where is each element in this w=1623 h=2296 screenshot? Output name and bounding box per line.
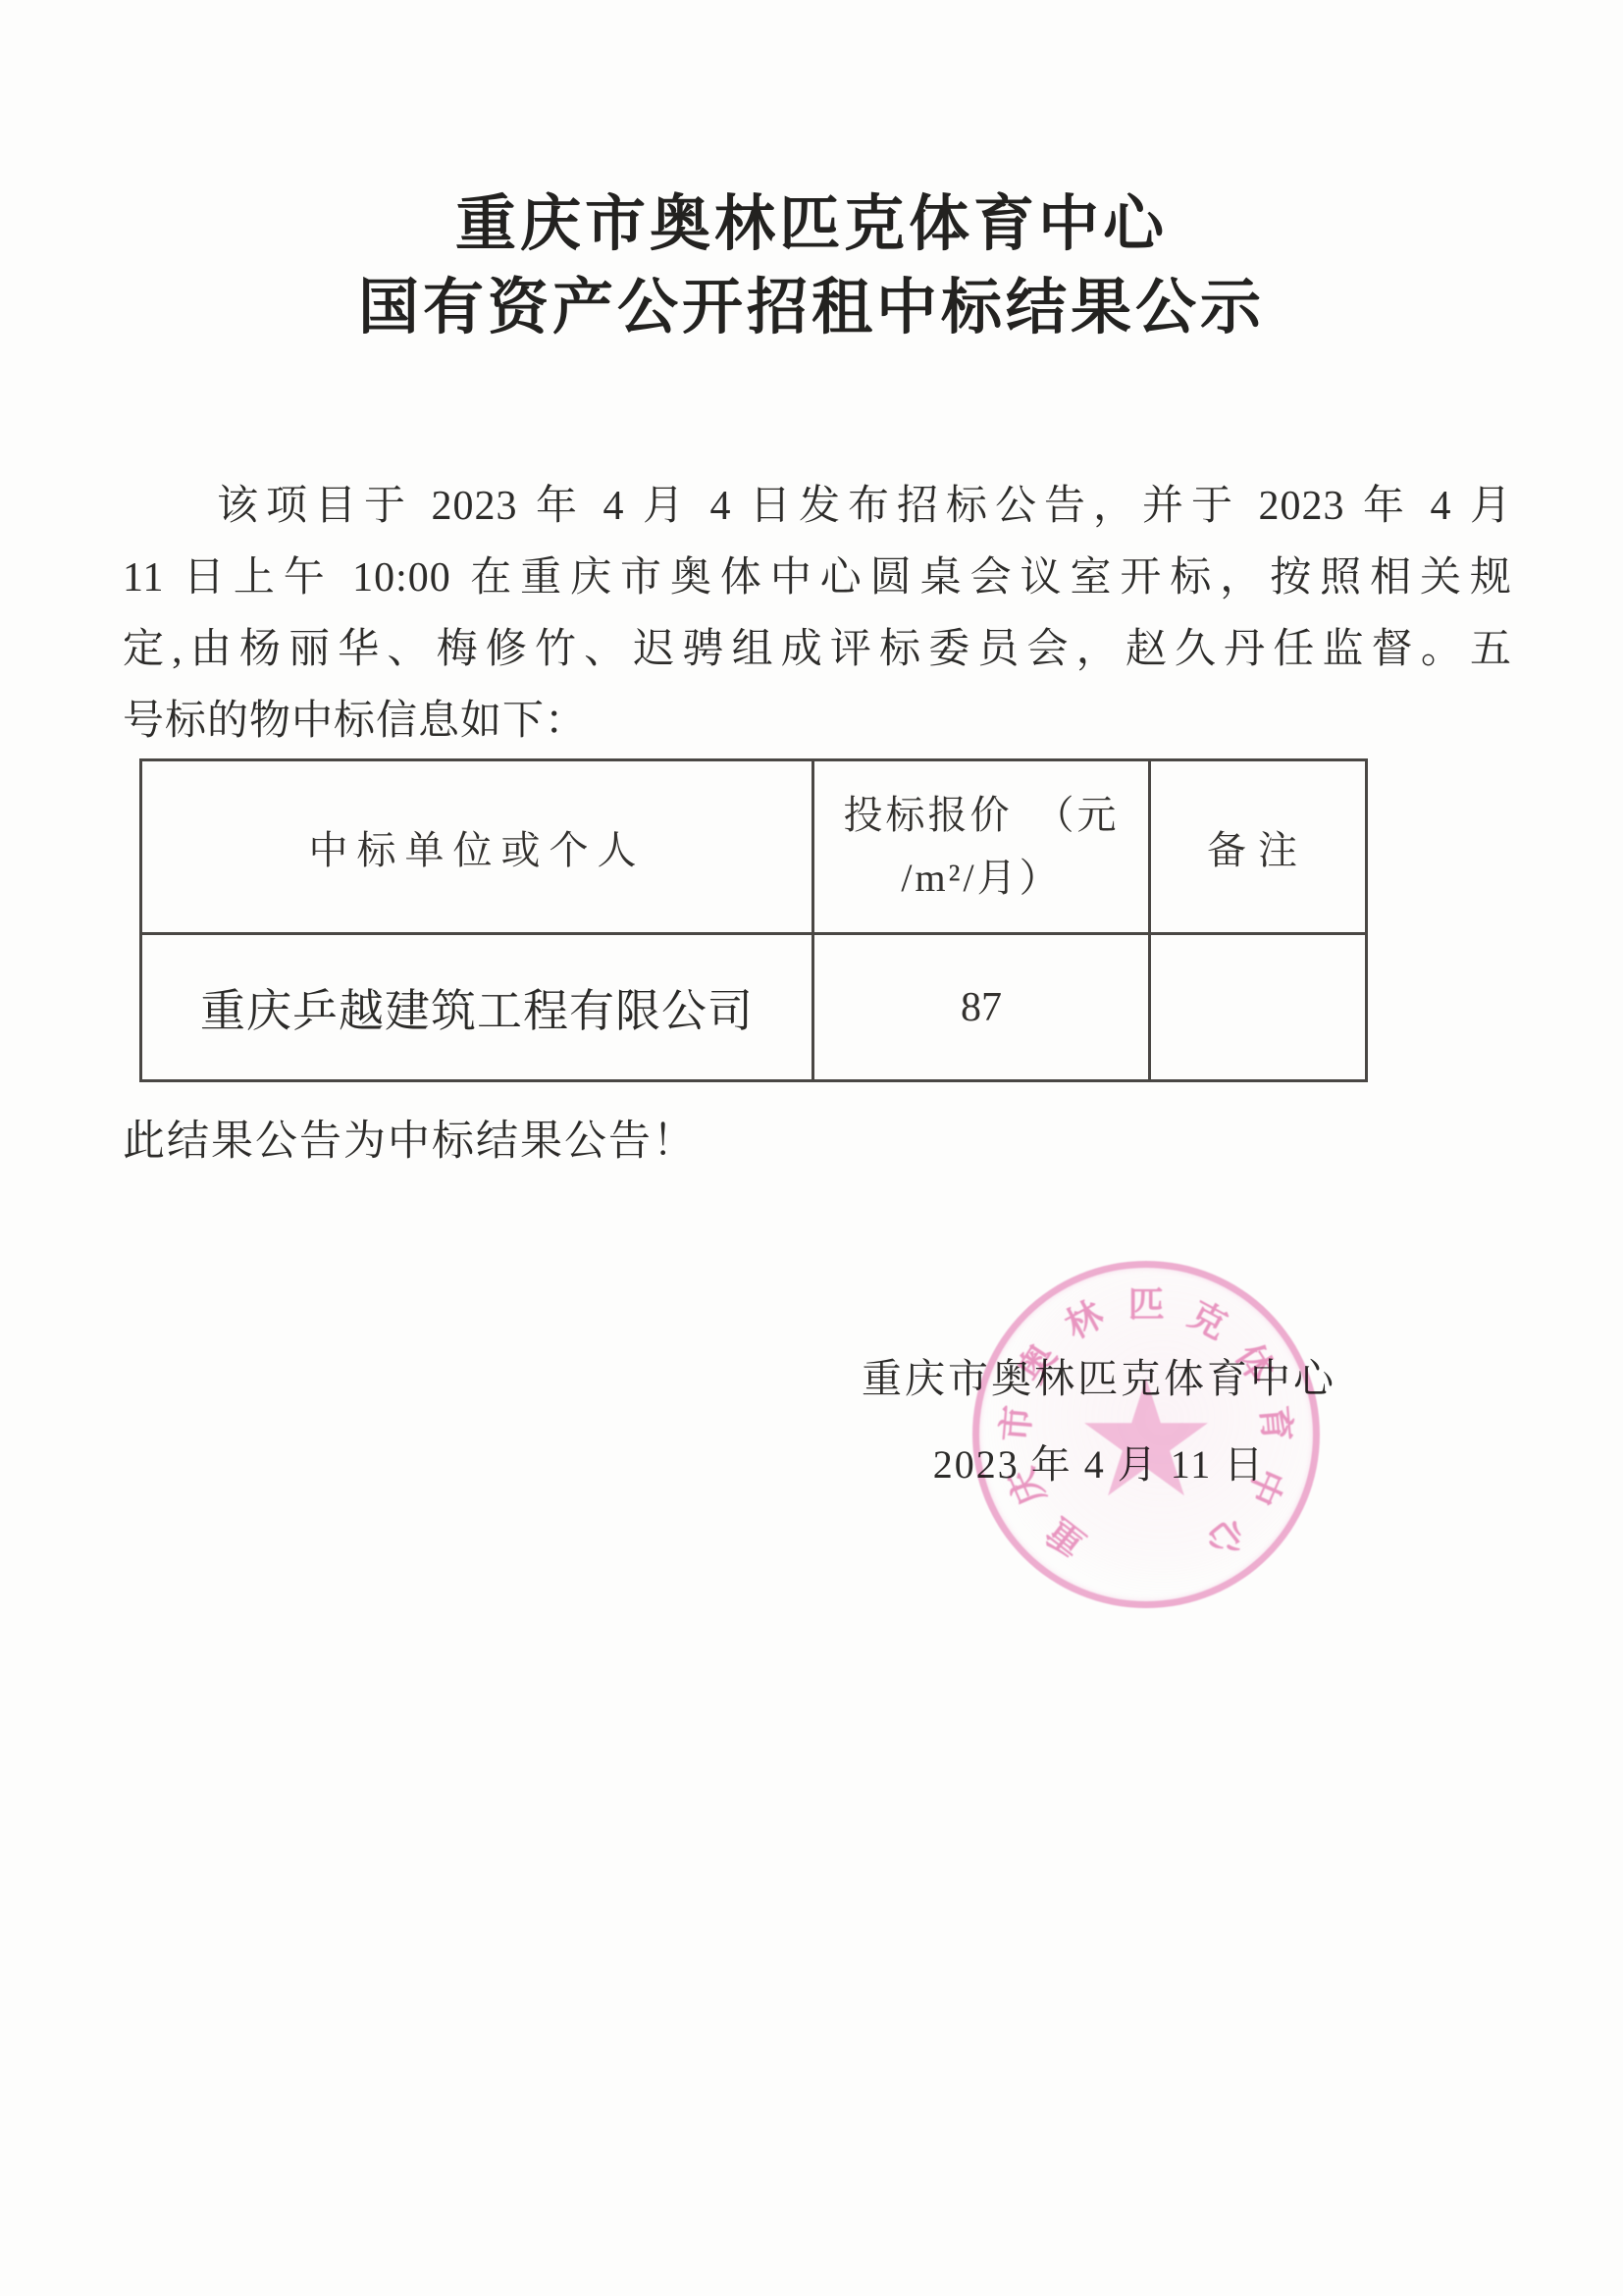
result-note: 此结果公告为中标结果公告！ <box>123 1115 697 1170</box>
remarks-cell <box>1150 934 1367 1081</box>
document-page: 重庆市奥林匹克体育中心 国有资产公开招租中标结果公示 该项目于 2023 年 4… <box>0 0 1623 2296</box>
doc-title-line2: 国有资产公开招租中标结果公示 <box>0 274 1623 342</box>
col-header-price-line1: 投标报价 （元 <box>814 784 1148 847</box>
seal-arc-char: 重 <box>1033 1508 1094 1572</box>
body-line-1: 该项目于 2023 年 4 月 4 日发布招标公告，并于 2023 年 4 月 <box>123 471 1512 543</box>
table-data-row: 重庆乒越建筑工程有限公司 87 <box>141 934 1367 1081</box>
col-header-remarks: 备注 <box>1150 760 1367 934</box>
doc-title-line1: 重庆市奥林匹克体育中心 <box>0 190 1623 259</box>
bid-price-cell: 87 <box>813 934 1150 1081</box>
body-line-3: 定,由杨丽华、梅修竹、迟骋组成评标委员会，赵久丹任监督。五 <box>123 614 1512 686</box>
body-line-2: 11 日上午 10:00 在重庆市奥体中心圆桌会议室开标，按照相关规 <box>123 543 1512 614</box>
seal-arc-char: 克 <box>1181 1285 1238 1349</box>
col-header-price: 投标报价 （元 /m²/月） <box>813 760 1150 934</box>
seal-arc-char: 心 <box>1198 1508 1259 1572</box>
body-paragraph: 该项目于 2023 年 4 月 4 日发布招标公告，并于 2023 年 4 月 … <box>123 471 1512 757</box>
seal-arc-char: 林 <box>1054 1285 1111 1349</box>
body-line-4: 号标的物中标信息如下： <box>123 686 1512 757</box>
table-header-row: 中标单位或个人 投标报价 （元 /m²/月） 备注 <box>141 760 1367 934</box>
signature-org: 重庆市奥林匹克体育中心 <box>834 1355 1364 1402</box>
col-header-winner: 中标单位或个人 <box>141 760 813 934</box>
winner-name-cell: 重庆乒越建筑工程有限公司 <box>141 934 813 1081</box>
seal-arc-char: 匹 <box>1128 1275 1165 1328</box>
signature-date: 2023 年 4 月 11 日 <box>834 1441 1364 1488</box>
signature-block: 重庆市奥林匹克体育中心 2023 年 4 月 11 日 <box>834 1355 1364 1488</box>
col-header-price-line2: /m²/月） <box>814 847 1148 910</box>
bid-result-table: 中标单位或个人 投标报价 （元 /m²/月） 备注 重庆乒越建筑工程有限公司 8… <box>139 758 1368 1082</box>
